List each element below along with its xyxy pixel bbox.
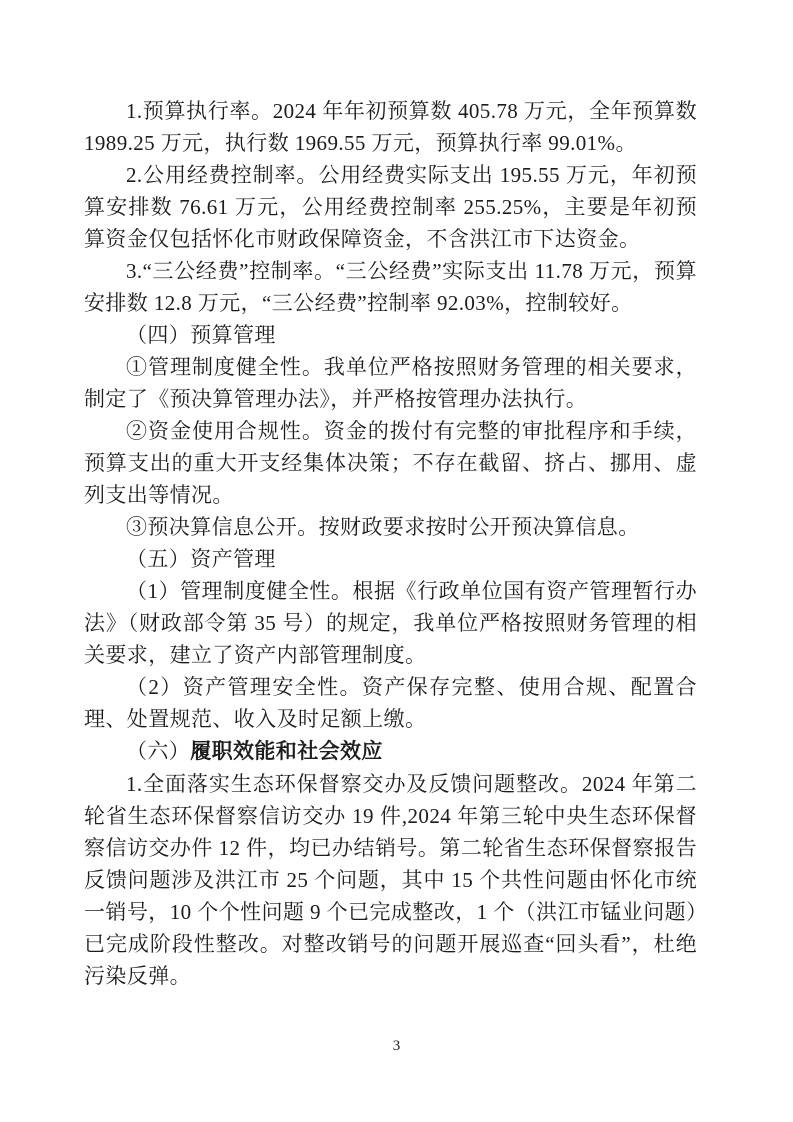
section-heading-6-prefix: （六） — [126, 739, 190, 763]
paragraph-management-system-soundness: ①管理制度健全性。我单位严格按照财务管理的相关要求，制定了《预决算管理办法》，并… — [84, 351, 697, 415]
paragraph-asset-system-soundness: （1）管理制度健全性。根据《行政单位国有资产管理暂行办法》（财政部令第 35 号… — [84, 575, 697, 671]
section-heading-5-asset-management: （五）资产管理 — [84, 543, 697, 575]
paragraph-fund-use-compliance: ②资金使用合规性。资金的拨付有完整的审批程序和手续，预算支出的重大开支经集体决策… — [84, 415, 697, 511]
paragraph-three-public-funds-control-rate: 3.“三公经费”控制率。“三公经费”实际支出 11.78 万元，预算安排数 12… — [84, 255, 697, 319]
section-heading-6-title: 履职效能和社会效应 — [190, 740, 383, 763]
document-body: 1.预算执行率。2024 年年初预算数 405.78 万元，全年预算数 1989… — [84, 95, 697, 992]
paragraph-asset-management-safety: （2）资产管理安全性。资产保存完整、使用合规、配置合理、处置规范、收入及时足额上… — [84, 671, 697, 735]
section-heading-6-performance: （六）履职效能和社会效应 — [84, 735, 697, 768]
section-heading-4-budget-management: （四）预算管理 — [84, 319, 697, 351]
document-page: 1.预算执行率。2024 年年初预算数 405.78 万元，全年预算数 1989… — [0, 0, 793, 1122]
paragraph-eco-inspection-rectification: 1.全面落实生态环保督察交办及反馈问题整改。2024 年第二轮省生态环保督察信访… — [84, 768, 697, 992]
paragraph-budget-info-disclosure: ③预决算信息公开。按财政要求按时公开预决算信息。 — [84, 511, 697, 543]
paragraph-public-expense-control-rate: 2.公用经费控制率。公用经费实际支出 195.55 万元，年初预算安排数 76.… — [84, 159, 697, 255]
page-number: 3 — [0, 1037, 793, 1055]
paragraph-budget-execution-rate: 1.预算执行率。2024 年年初预算数 405.78 万元，全年预算数 1989… — [84, 95, 697, 159]
